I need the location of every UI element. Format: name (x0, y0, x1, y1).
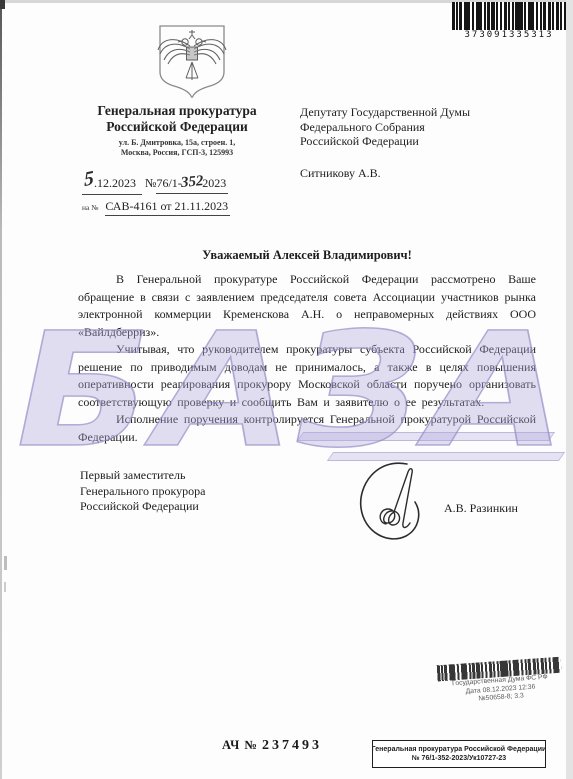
incoming-reference-line: на № САВ-4161 от 21.11.2023 (82, 199, 297, 216)
recipient-block: Депутату Государственной Думы Федерально… (300, 105, 470, 180)
body-paragraph-1: В Генеральной прокуратуре Российской Фед… (78, 271, 536, 341)
scan-edge-left (0, 0, 2, 779)
signer-title-line2: Генерального прокурора (80, 484, 205, 500)
genproc-stamp-line1: Генеральная прокуратура Российской Федер… (372, 745, 547, 754)
handwritten-signature-icon (352, 458, 447, 548)
scan-corner-mark (0, 0, 5, 9)
organization-address: ул. Б. Дмитровка, 15а, строен. 1, Москва… (62, 138, 292, 158)
number-sign: № (145, 176, 156, 190)
scan-edge-right (566, 0, 573, 779)
number-prefix: 76/1- (156, 176, 181, 190)
signer-title-line1: Первый заместитель (80, 468, 205, 484)
date-field: 5.12.2023 (82, 170, 142, 195)
printed-date: .12.2023 (94, 176, 136, 190)
reference-block: 5.12.2023 №76/1-3522023 на № САВ-4161 от… (82, 170, 297, 216)
recipient-name: Ситникову А.В. (300, 166, 470, 181)
scan-artifact (4, 556, 7, 570)
body-paragraph-3: Исполнение поручения контролируется Гене… (78, 411, 536, 446)
registration-label: АЧ № (222, 738, 258, 752)
number-suffix: 2023 (202, 176, 226, 190)
scanned-letter-page: 373091335313 Генеральная прокуратура Рос… (0, 0, 573, 779)
barcode-icon (452, 2, 566, 30)
outgoing-number-field: 76/1-3522023 (156, 175, 228, 194)
recipient-line2: Федерального Собрания (300, 120, 470, 135)
date-and-number-line: 5.12.2023 №76/1-3522023 (82, 170, 297, 196)
form-registration-number: АЧ № 237493 (222, 736, 322, 754)
document-barcode: 373091335313 (452, 2, 566, 40)
recipient-line1: Депутату Государственной Думы (300, 105, 470, 120)
organization-name: Генеральная прокуратура Российской Федер… (62, 103, 292, 135)
org-name-line1: Генеральная прокуратура (62, 103, 292, 119)
letter-body: В Генеральной прокуратуре Российской Фед… (78, 271, 536, 446)
barcode-number: 373091335313 (452, 30, 566, 40)
reply-to-label: на № (82, 203, 98, 212)
incoming-number: САВ-4161 от 21.11.2023 (105, 199, 230, 216)
signer-name: А.В. Разинкин (444, 501, 518, 516)
signer-title-line3: Российской Федерации (80, 499, 205, 515)
signer-title-block: Первый заместитель Генерального прокурор… (80, 468, 205, 515)
handwritten-day: 5 (84, 167, 95, 192)
prosecutor-office-stamp: Генеральная прокуратура Российской Федер… (372, 740, 546, 768)
registration-number: 237493 (262, 738, 322, 753)
org-name-line2: Российской Федерации (62, 119, 292, 135)
salutation: Уважаемый Алексей Владимирович! (78, 248, 536, 263)
duma-intake-stamp: Государственная Дума ФС РФ Дата 08.12.20… (433, 656, 568, 707)
recipient-line3: Российской Федерации (300, 134, 470, 149)
org-address-line2: Москва, Россия, ГСП-3, 125993 (62, 148, 292, 158)
scan-artifact (4, 582, 6, 592)
coat-of-arms-icon (146, 20, 238, 104)
genproc-stamp-line2: № 76/1-352-2023/Ук10727-23 (412, 754, 506, 763)
handwritten-number: 352 (180, 173, 204, 192)
org-address-line1: ул. Б. Дмитровка, 15а, строен. 1, (62, 138, 292, 148)
body-paragraph-2: Учитывая, что руководителем прокуратуры … (78, 341, 536, 411)
